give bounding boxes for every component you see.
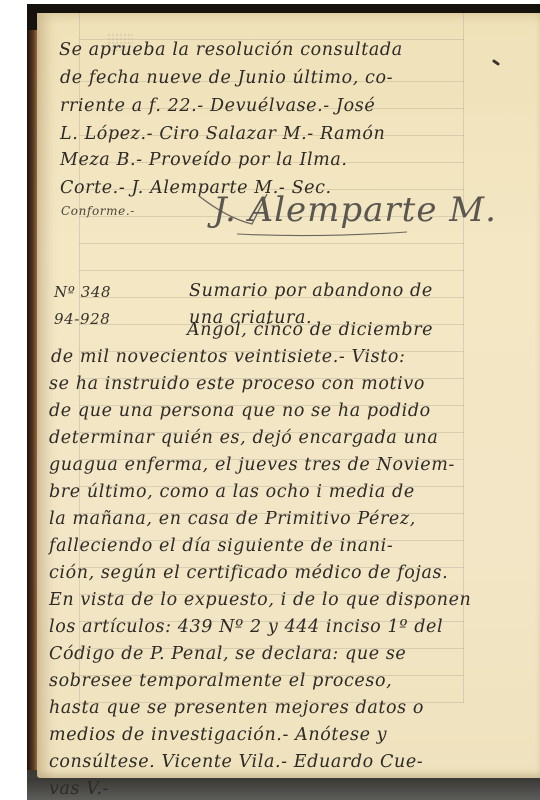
body-line: ción, según el certificado médico de foj… [49, 565, 448, 583]
body-line: En vista de lo expuesto, i de lo que dis… [49, 592, 471, 610]
body-line: medios de investigación.- Anótese y [49, 727, 387, 745]
handwritten-line: L. López.- Ciro Salazar M.- Ramón [60, 126, 385, 144]
handwritten-line: Meza B.- Proveído por la Ilma. [60, 152, 348, 170]
body-line: determinar quién es, dejó encargada una [49, 430, 438, 448]
body-line: Código de P. Penal, se declara: que se [49, 646, 406, 664]
handwritten-line: Se aprueba la resolución consultada [59, 42, 403, 60]
body-line: sobresee temporalmente el proceso, [49, 673, 392, 691]
body-line: vas V.- [49, 781, 109, 799]
body-line: guagua enferma, el jueves tres de Noviem… [49, 457, 455, 475]
accent-mark [492, 59, 500, 66]
conforme-label: Conforme.- [61, 205, 135, 217]
body-line: Angol, cinco de diciembre [187, 322, 433, 340]
body-line: consúltese. Vicente Vila.- Eduardo Cue- [49, 754, 423, 772]
case-title-line: Sumario por abandono de [189, 283, 433, 301]
body-line: de mil novecientos veintisiete.- Visto: [51, 349, 406, 367]
body-line: los artículos: 439 Nº 2 y 444 inciso 1º … [49, 619, 443, 637]
body-line: de que una persona que no se ha podido [49, 403, 431, 421]
body-line: hasta que se presenten mejores datos o [49, 700, 424, 718]
case-date-ref: 94-928 [54, 312, 110, 327]
handwritten-line: de fecha nueve de Junio último, co- [60, 70, 393, 88]
body-line: falleciendo el día siguiente de inani- [49, 538, 393, 556]
signature: J. Alemparte M. [213, 190, 497, 230]
body-line: se ha instruido este proceso con motivo [49, 376, 425, 394]
body-line: la mañana, en casa de Primitivo Pérez, [49, 511, 416, 529]
handwritten-line: rriente a f. 22.- Devuélvase.- José [60, 98, 375, 116]
body-line: bre último, como a las ocho i media de [49, 484, 415, 502]
ledger-page: Se aprueba la resolución consultada de f… [37, 13, 540, 778]
case-number: Nº 348 [54, 285, 111, 300]
